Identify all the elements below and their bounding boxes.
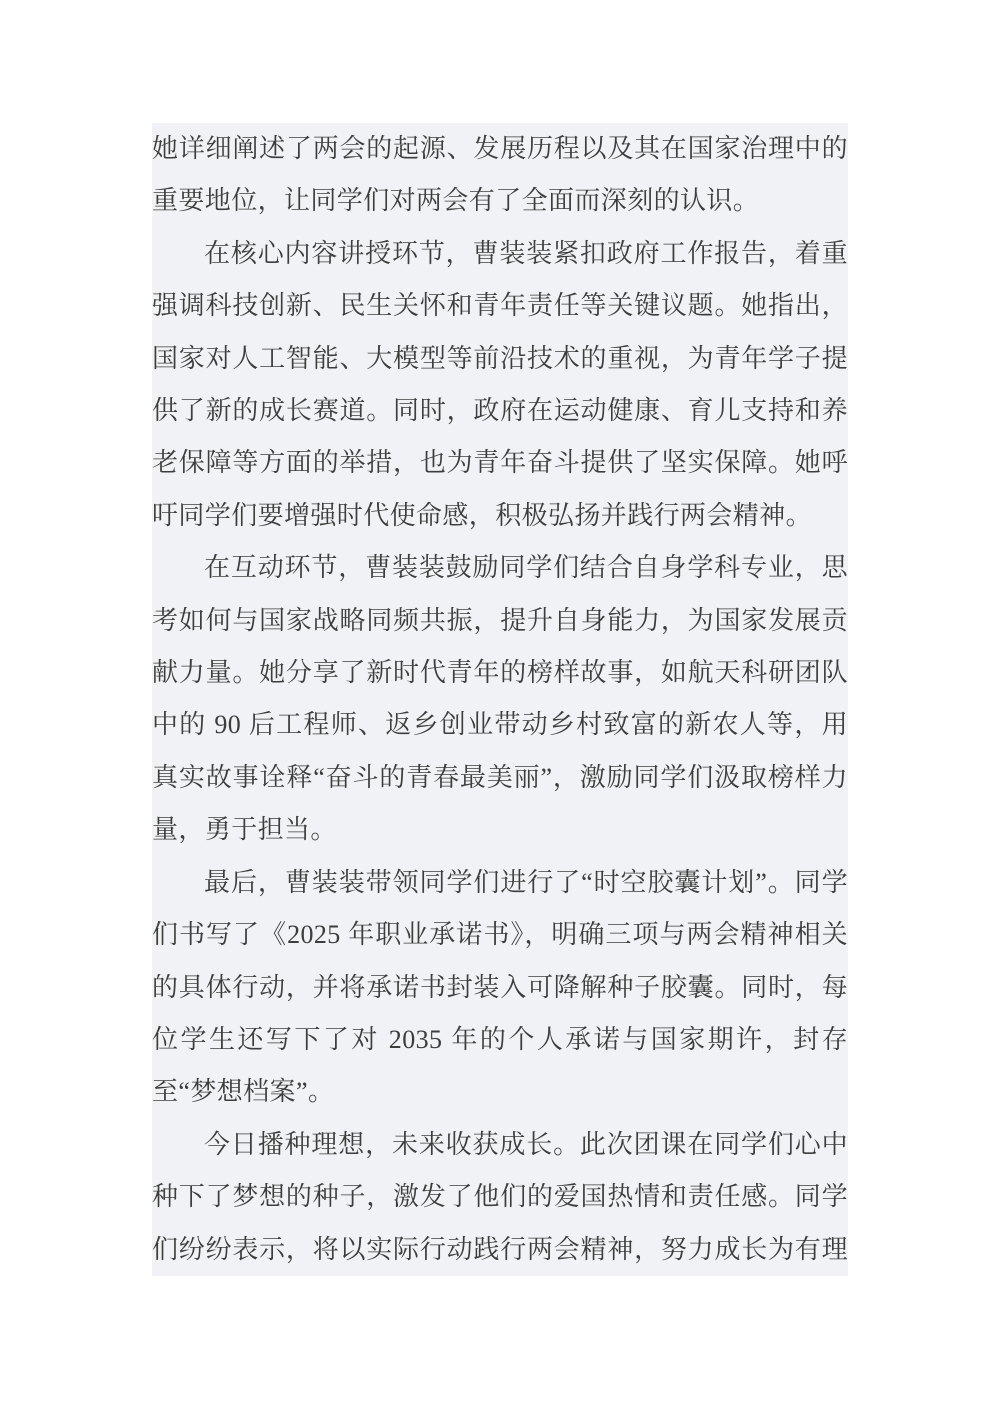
paragraph-3: 在互动环节，曹装装鼓励同学们结合自身学科专业，思考如何与国家战略同频共振，提升自…	[152, 542, 848, 856]
document-page: 她详细阐述了两会的起源、发展历程以及其在国家治理中的重要地位，让同学们对两会有了…	[0, 0, 1000, 1415]
paragraph-2: 在核心内容讲授环节，曹装装紧扣政府工作报告，着重强调科技创新、民生关怀和青年责任…	[152, 228, 848, 542]
paragraph-5: 今日播种理想，未来收获成长。此次团课在同学们心中种下了梦想的种子，激发了他们的爱…	[152, 1119, 848, 1276]
paragraph-1: 她详细阐述了两会的起源、发展历程以及其在国家治理中的重要地位，让同学们对两会有了…	[152, 123, 848, 228]
document-text-block: 她详细阐述了两会的起源、发展历程以及其在国家治理中的重要地位，让同学们对两会有了…	[152, 123, 848, 1276]
paragraph-4: 最后，曹装装带领同学们进行了“时空胶囊计划”。同学们书写了《2025 年职业承诺…	[152, 857, 848, 1119]
